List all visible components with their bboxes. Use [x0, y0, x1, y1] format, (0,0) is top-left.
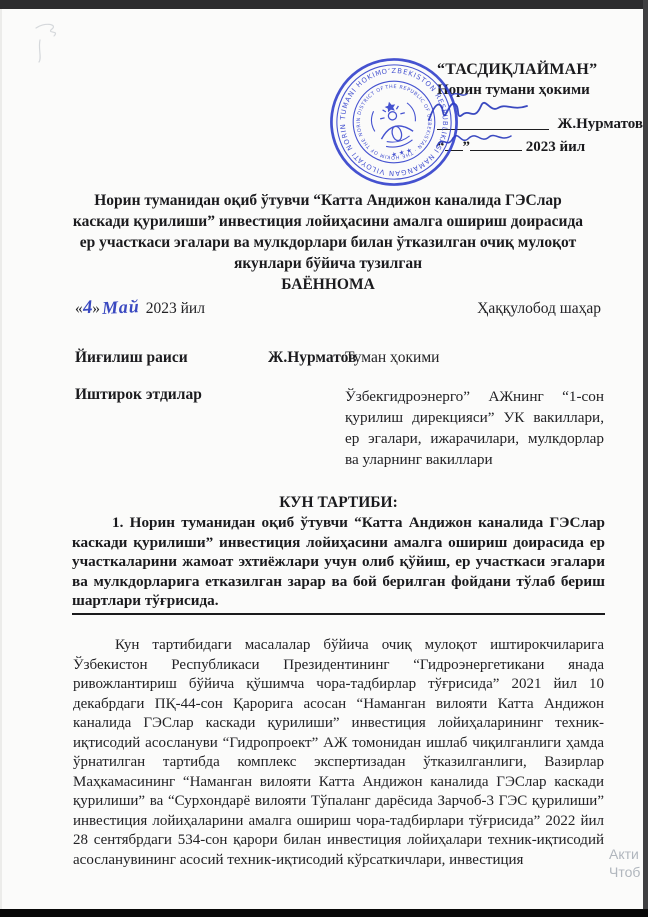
watermark-line: Чтоб	[609, 863, 640, 881]
official-round-stamp: O‘ZBEKISTON RESPUBLIKASI NAMANGAN VILOYA…	[326, 54, 462, 190]
page-right-edge	[643, 0, 648, 917]
pencil-scribble	[18, 14, 88, 64]
participants-text: Ўзбекгидроэнерго” АЖнинг “1-сон қурилиш …	[345, 386, 604, 470]
document-date: «4»Май2023 йил	[75, 297, 205, 319]
chairman-label: Йиғилиш раиси	[75, 349, 188, 367]
agenda-item: 1. Норин туманидан оқиб ўтувчи “Катта Ан…	[72, 513, 605, 611]
viewer-top-bar	[0, 0, 648, 9]
agenda-section: КУН ТАРТИБИ: 1. Норин туманидан оқиб ўту…	[72, 492, 605, 615]
body-paragraph: Кун тартибидаги масалалар бўйича очиқ му…	[73, 636, 604, 870]
chairman-name: Ж.Нурматов	[268, 349, 356, 367]
stamp-outer-ring-text: O‘ZBEKISTON RESPUBLIKASI NAMANGAN VILOYA…	[326, 54, 461, 190]
approval-date-row: “” 2023 йил	[437, 136, 643, 158]
svg-text:O‘ZBEKISTON RESPUBLIKASI NAMAN: O‘ZBEKISTON RESPUBLIKASI NAMANGAN VILOYA…	[326, 54, 461, 190]
uzbekistan-emblem	[368, 96, 422, 151]
document-type-word: БАЁННОМА	[58, 274, 598, 295]
viewer-bottom-bar	[0, 909, 648, 917]
scanned-protocol-page: “ТАСДИҚЛАЙМАН” Норин тумани ҳокими Ж.Нур…	[0, 0, 648, 917]
document-city: Ҳаққулобод шаҳар	[477, 300, 601, 318]
approval-block: “ТАСДИҚЛАЙМАН” Норин тумани ҳокими Ж.Нур…	[437, 60, 643, 158]
title-line: Норин туманидан оқиб ўтувчи “Катта Андиж…	[58, 190, 598, 211]
approval-title: “ТАСДИҚЛАЙМАН”	[437, 60, 643, 80]
title-line: ер участкаси эгалари ва мулкдорлари била…	[58, 232, 598, 253]
activation-watermark: Акти Чтоб	[609, 845, 640, 881]
participants-label: Иштирок этдилар	[75, 386, 202, 404]
chairman-role: Туман ҳокими	[345, 349, 439, 367]
date-year: 2023 йил	[146, 300, 205, 317]
watermark-line: Акти	[609, 845, 640, 863]
handwritten-day: 4	[82, 297, 93, 320]
title-line: каскади қурилиши” инвестиция лойиҳасини …	[58, 211, 598, 232]
document-title: Норин туманидан оқиб ўтувчи “Катта Андиж…	[58, 190, 598, 295]
handwritten-month: Май	[101, 296, 140, 319]
page-left-edge	[0, 9, 2, 909]
agenda-heading: КУН ТАРТИБИ:	[72, 492, 605, 513]
approver-name: Ж.Нурматов	[558, 114, 644, 134]
date-quote-open: «	[75, 300, 83, 317]
title-line: якунлари бўйича тузилган	[58, 253, 598, 274]
